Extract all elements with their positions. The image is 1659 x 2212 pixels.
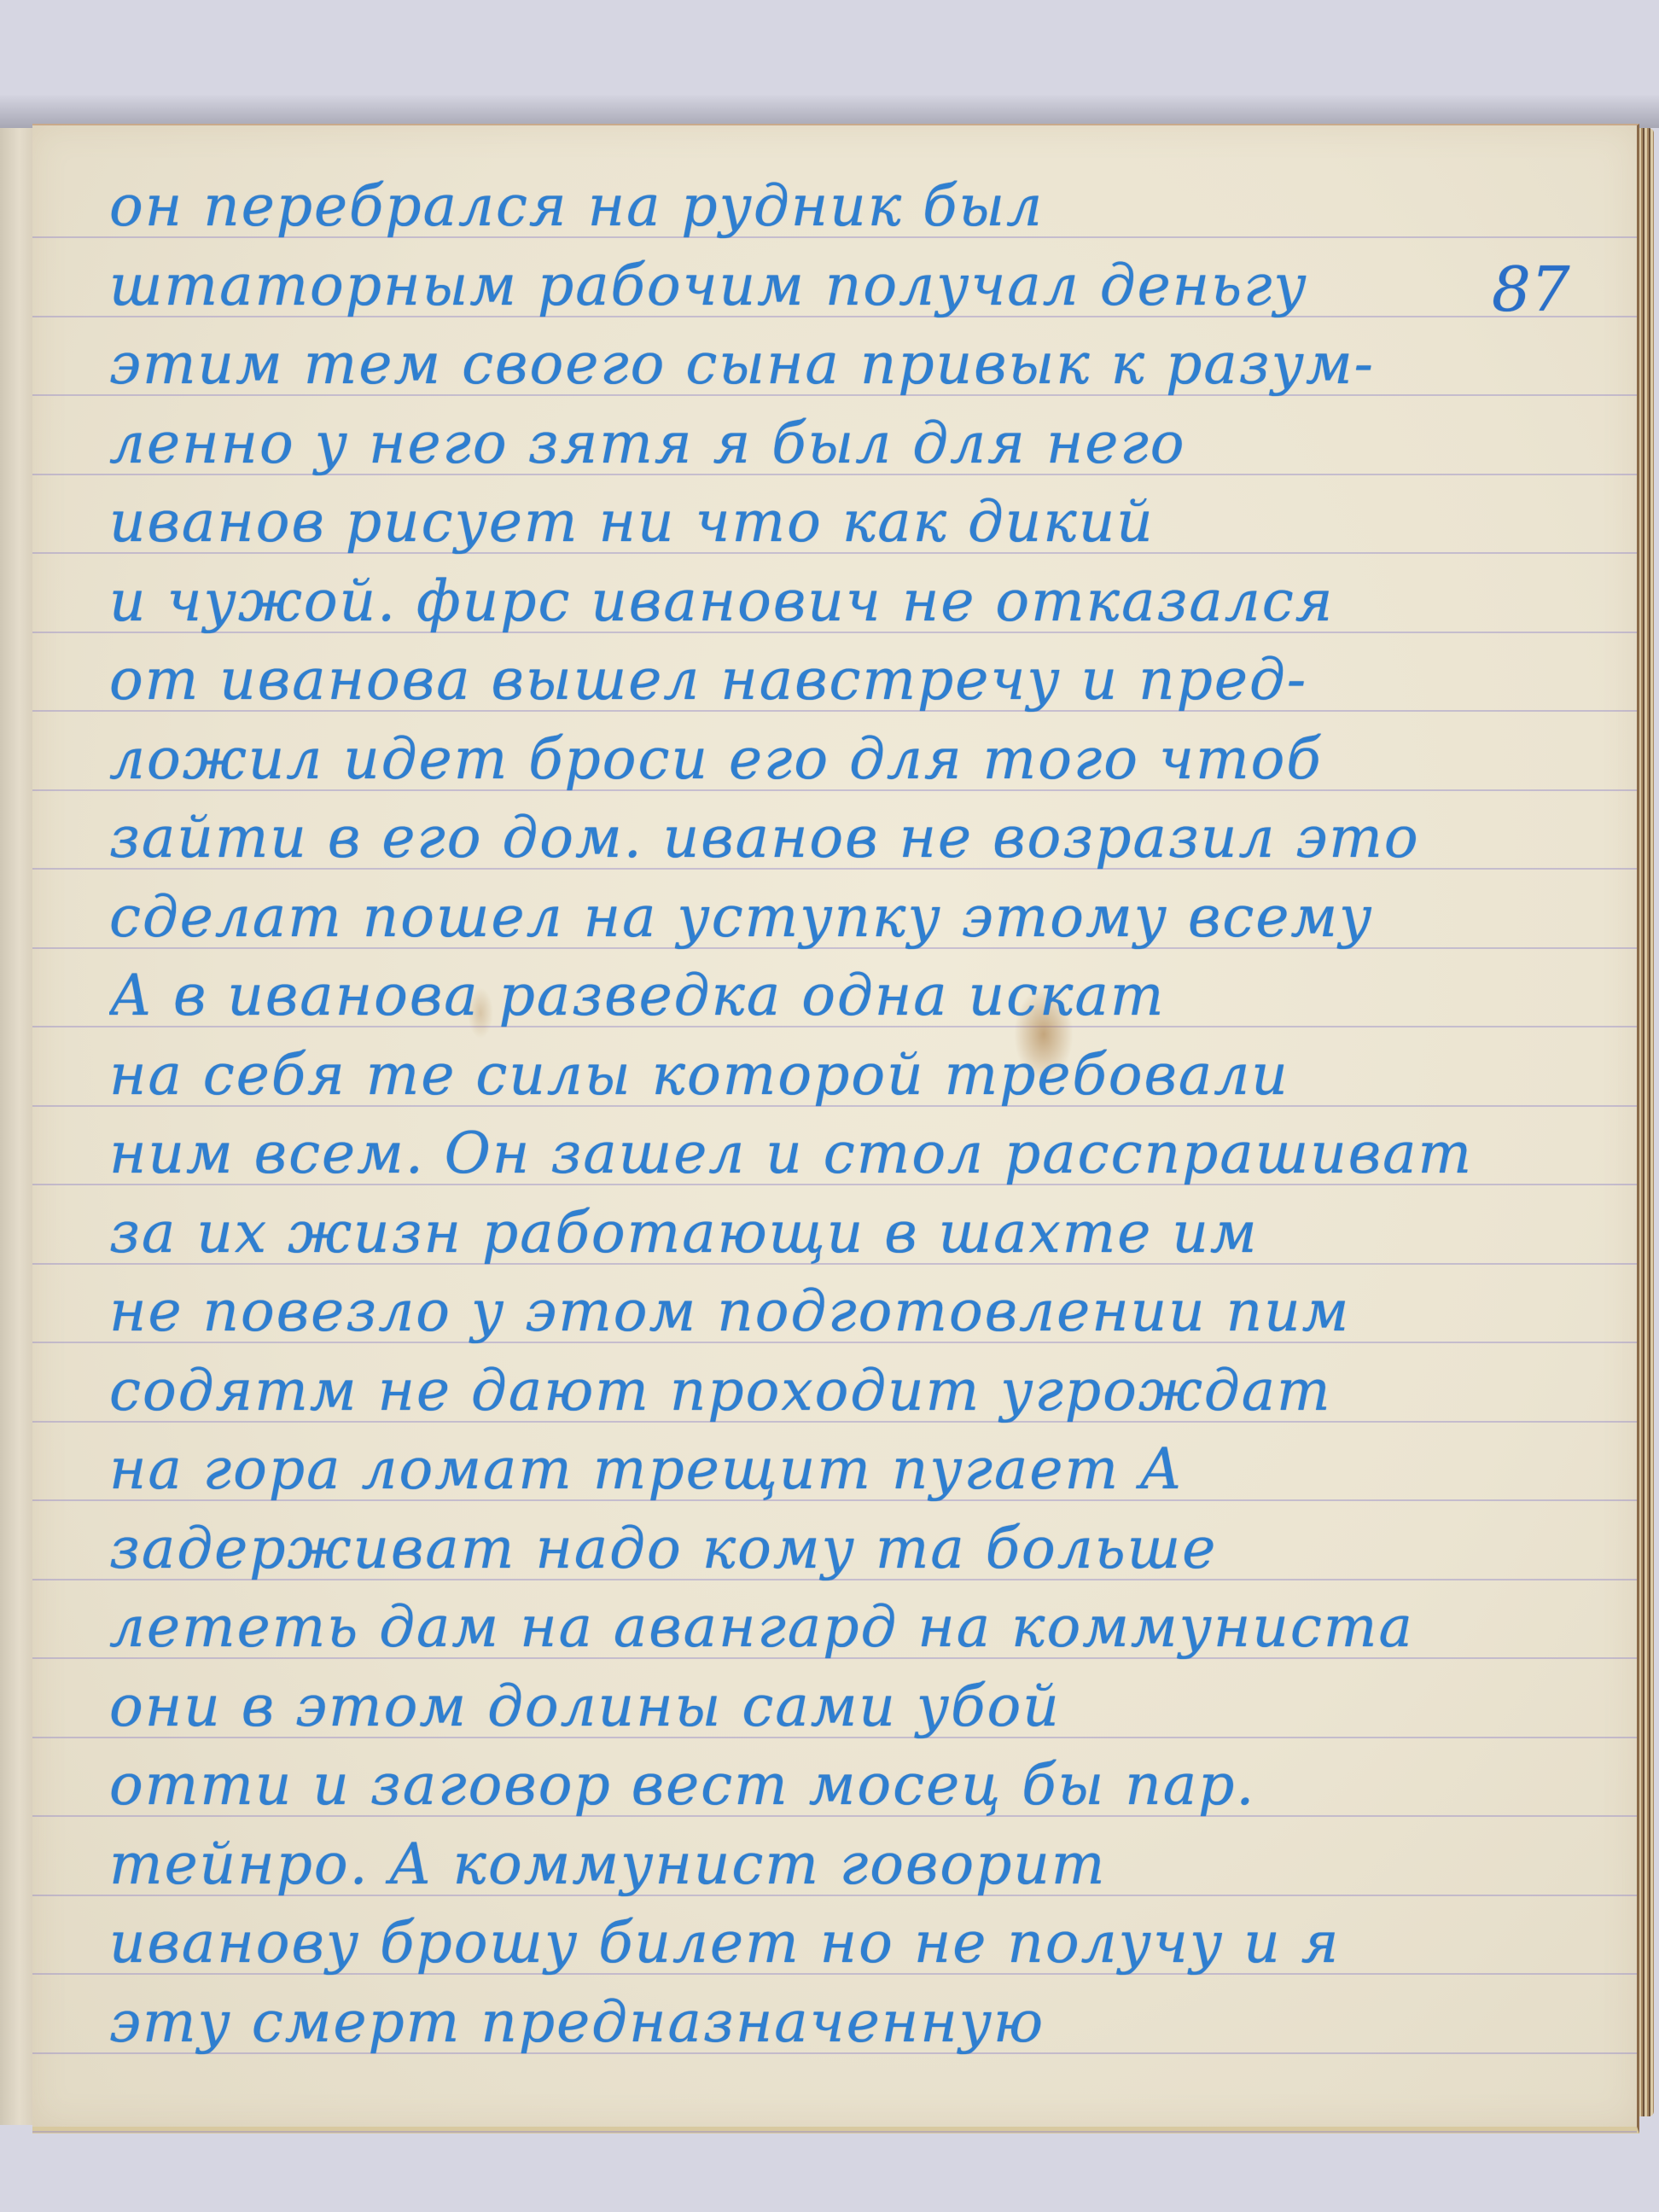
text-line: эту смерт предназначенную: [109, 1971, 1603, 2074]
notebook-page: 87 он перебрался на рудник былштаторным …: [32, 124, 1639, 2133]
facing-page-edge: [0, 128, 33, 2125]
page-stack-edge: [1637, 128, 1654, 2116]
table-shadow: [0, 94, 1659, 128]
ruled-line: [32, 2131, 1637, 2133]
